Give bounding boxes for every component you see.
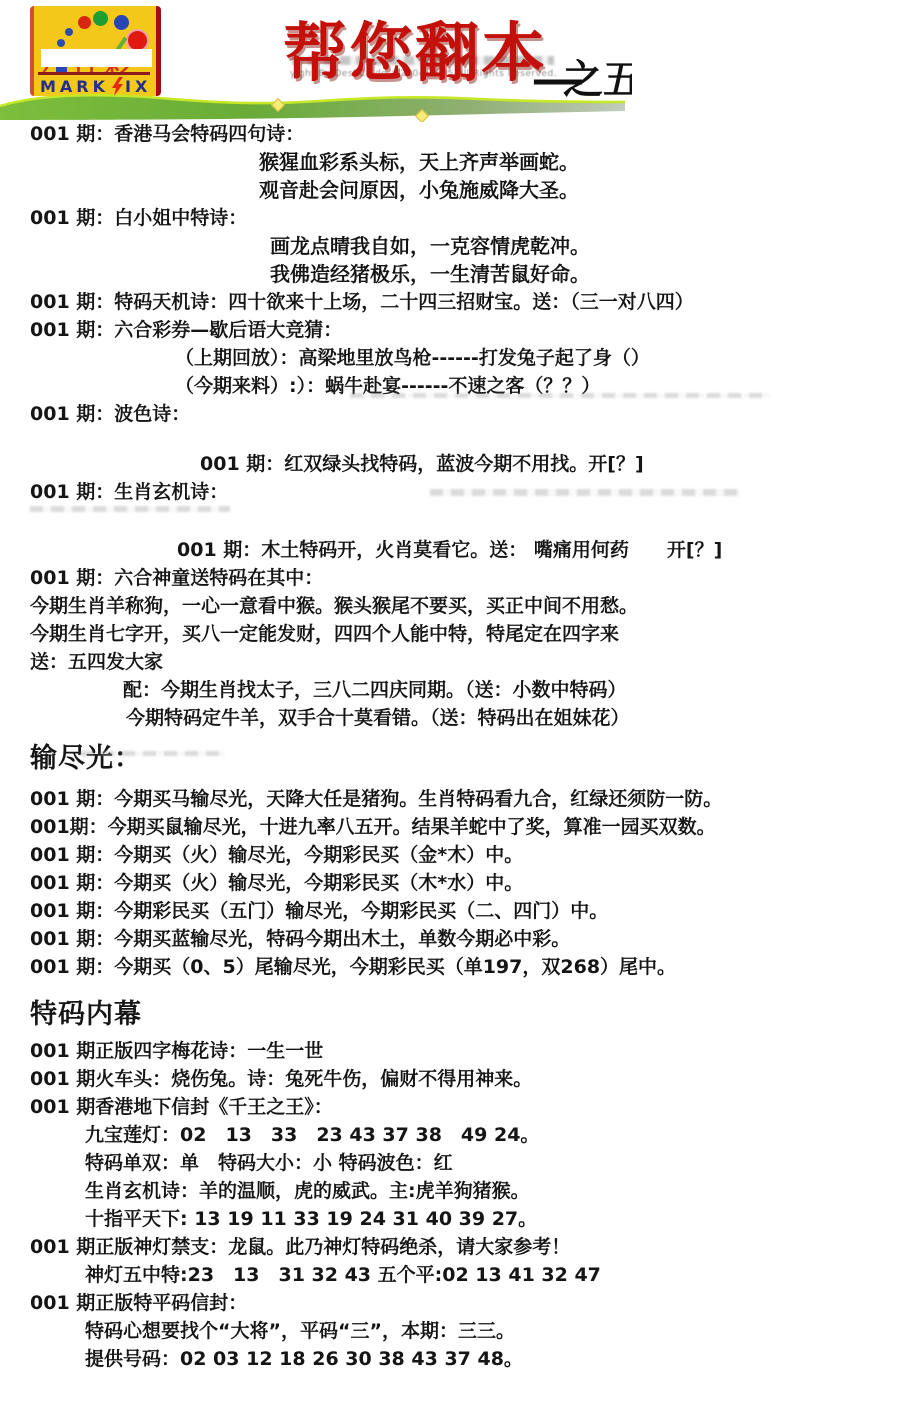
- logo-dot-green: [93, 11, 108, 26]
- title-dash: —: [531, 57, 585, 103]
- text-line: 生肖玄机诗：羊的温顺，虎的威武。主:虎羊狗猪猴。: [30, 1177, 870, 1205]
- masthead: 六合彩 MARK IX yight By DeskCa do ©2004-200…: [0, 0, 632, 122]
- text-line: 001 期火车头：烧伤兔。诗：兔死牛伤，偏财不得用神来。: [30, 1065, 870, 1093]
- text-line: 001 期：今期彩民买（五门）输尽光，今期彩民买（二、四门）中。: [30, 897, 870, 925]
- text-line: 001 期香港地下信封《千王之王》：: [30, 1093, 870, 1121]
- text-line: 今期生肖羊称狗，一心一意看中猴。猴头猴尾不要买，买正中间不用愁。: [30, 592, 870, 620]
- poem-line: 猴猩血彩系头标，天上齐声举画蛇。: [30, 148, 870, 176]
- blurred-text-artifact: [30, 506, 230, 512]
- text-line: 十指平天下: 13 19 11 33 19 24 31 40 39 27。: [30, 1205, 870, 1233]
- text-line: 001 期：今期买蓝输尽光，特码今期出木土，单数今期必中彩。: [30, 925, 870, 953]
- text-line: 001 期：白小姐中特诗：: [30, 204, 870, 232]
- poem-line: 画龙点晴我自如，一克容情虎乾冲。: [30, 232, 870, 260]
- text-line: 001期：今期买鼠输尽光，十进九率八五开。结果羊蛇中了奖，算准一园买双数。: [30, 813, 870, 841]
- text-line: 001 期：今期买（火）输尽光，今期彩民买（金*木）中。: [30, 841, 870, 869]
- poem-line: 我佛造经猪极乐，一生清苦鼠好命。: [30, 260, 870, 288]
- text-line: 001 期：特码天机诗：四十欲来十上场，二十四三招财宝。送：（三一对八四）: [30, 288, 870, 316]
- text-line: 001 期：波色诗：: [30, 400, 870, 428]
- text-line: 神灯五中特:23 13 31 32 43 五个平:02 13 41 32 47: [30, 1261, 870, 1289]
- text-line: 001 期正版神灯禁支：龙鼠。此乃神灯特码绝杀，请大家参考！: [30, 1233, 870, 1261]
- text-line: 今期生肖七字开，买八一定能发财，四四个人能中特，特尾定在四字来: [30, 620, 870, 648]
- document-page: 六合彩 MARK IX yight By DeskCa do ©2004-200…: [0, 0, 900, 1424]
- logo-dot-blue: [114, 15, 129, 30]
- document-body: 001 期：香港马会特码四句诗： 猴猩血彩系头标，天上齐声举画蛇。 观音赴会问原…: [0, 120, 900, 1373]
- page-title-suffix: —之五: [531, 48, 632, 105]
- brand-text-mark: MARK: [40, 77, 109, 96]
- brand-text-ix: IX: [125, 77, 151, 96]
- section-title: 特码内幕: [30, 993, 870, 1037]
- logo-dot-blue: [65, 28, 73, 36]
- text-line: 001 期：红双绿头找特码，蓝波今期不用找。开[？]: [30, 450, 870, 478]
- page-title: 帮您翻本: [283, 2, 547, 94]
- text-line: 001 期正版特平码信封：: [30, 1289, 870, 1317]
- blurred-text-artifact: [80, 751, 225, 756]
- text-line: 001 期正版四字梅花诗：一生一世: [30, 1037, 870, 1065]
- text-line: 001 期：今期买（0、5）尾输尽光，今期彩民买（单197，双268）尾中。: [30, 953, 870, 981]
- logo-divider-line: [38, 72, 150, 75]
- text-line: 提供号码：02 03 12 18 26 30 38 43 37 48。: [30, 1345, 870, 1373]
- text-line: 001 期：今期买马输尽光，天降大任是猪狗。生肖特码看九合，红绿还须防一防。: [30, 785, 870, 813]
- text-line: 001 期：六合神童送特码在其中：: [30, 564, 870, 592]
- section-title: 输尽光：: [30, 737, 870, 781]
- text-line: 特码单双：单 特码大小：小 特码波色：红: [30, 1149, 870, 1177]
- white-cover-box: [41, 49, 152, 67]
- logo-dot-red: [78, 16, 91, 29]
- text-line: （上期回放）：高梁地里放鸟枪------打发兔子起了身（）: [30, 344, 870, 372]
- text-line: 特码心想要找个“大将”，平码“三”，本期：三三。: [30, 1317, 870, 1345]
- text-line: 今期特码定牛羊，双手合十莫看错。（送：特码出在姐妹花）: [30, 704, 870, 732]
- text-line: 001 期：六合彩券—歇后语大竞猜：: [30, 316, 870, 344]
- poem-line: 观音赴会问原因，小兔施威降大圣。: [30, 176, 870, 204]
- logo-brand-row: MARK IX: [40, 76, 152, 96]
- lightning-icon: [111, 77, 124, 96]
- text-line: 001 期：今期买（火）输尽光，今期彩民买（木*水）中。: [30, 869, 870, 897]
- blurred-text-artifact: [430, 489, 740, 496]
- text-line: 配：今期生肖找太子，三八二四庆同期。（送：小数中特码）: [30, 676, 870, 704]
- text-line: 001 期：木土特码开，火肖莫看它。送： 嘴痛用何药 开[？]: [30, 536, 870, 564]
- mark-six-logo: 六合彩 MARK IX: [30, 6, 161, 96]
- blurred-text-artifact: [350, 393, 770, 398]
- text-line: 九宝莲灯：02 13 33 23 43 37 38 49 24。: [30, 1121, 870, 1149]
- text-line: 送：五四发大家: [30, 648, 870, 676]
- text-line: 001 期：香港马会特码四句诗：: [30, 120, 870, 148]
